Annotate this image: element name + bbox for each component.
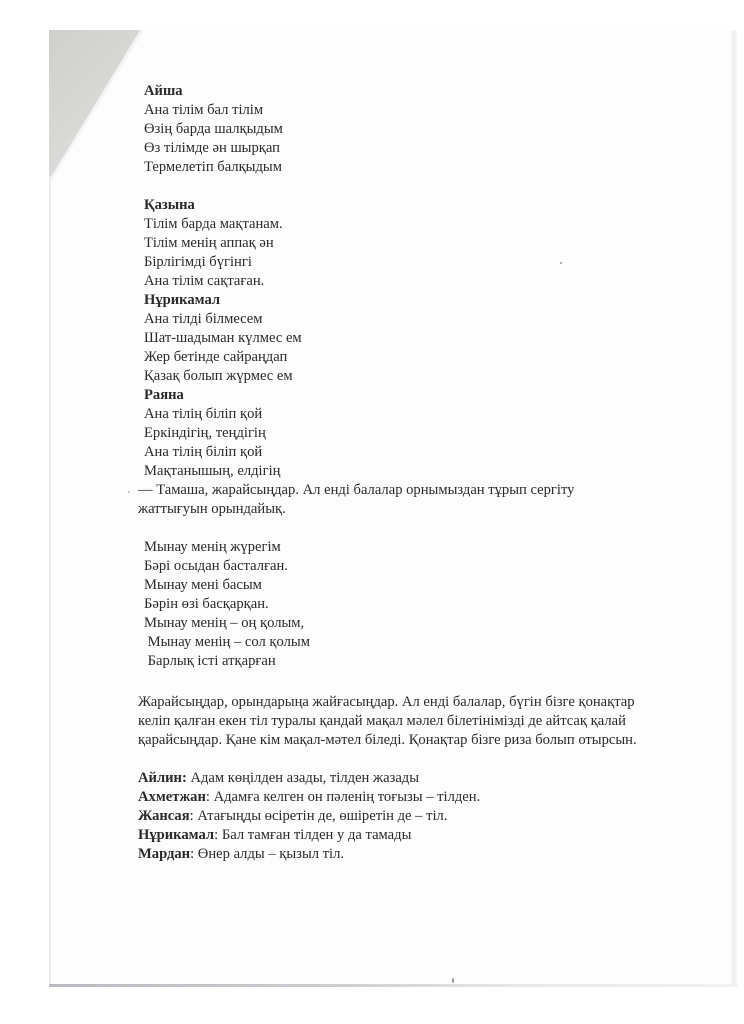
exercise-line: Мынау менің – сол қолым [144,633,704,652]
speaker-name: Айша [144,82,704,101]
poem-section: Айша Ана тілім бал тілім Өзің барда шалқ… [144,82,704,177]
page-left-edge [49,176,51,986]
exercise-line: Мынау менің жүрегім [144,538,704,557]
proverb-item: Айлин: Адам көңілден азады, тілден жазад… [138,769,704,788]
poem-line: Ана тілің біліп қой [144,443,704,462]
proverb-text: : Атағыңды өсіретін де, өшіретін де – ті… [190,808,448,824]
poem-line: Ана тілім сақтаған. [144,272,704,291]
speaker-name: Қазына [144,196,704,215]
poem-line: Өз тілімде ән шырқап [144,139,704,158]
speaker-name: Нұрикамал [144,291,704,310]
intro-paragraph: Жарайсыңдар, орындарыңа жайғасыңдар. Ал … [138,693,663,750]
proverb-text: : Бал тамған тілден у да тамады [214,827,411,843]
page-bottom-edge [49,984,737,987]
exercise-line: Барлық істі атқарған [144,652,704,671]
proverb-text: : Өнер алды – қызыл тіл. [190,846,344,862]
poem-line: Еркіндігің, теңдігің [144,424,704,443]
exercise-verse: Мынау менің жүрегім Бәрі осыдан басталға… [144,538,704,671]
poem-line: Мақтанышың, елдігің [144,462,704,481]
proverb-speaker: Ахметжан [138,789,206,805]
poem-line: Термелетіп балқыдым [144,158,704,177]
poem-line: Бірлігімді бүгінгі [144,253,704,272]
proverb-speaker: Жансая [138,808,190,824]
exercise-line: Мынау менің – оң қолым, [144,614,704,633]
poem-section: Нұрикамал Ана тілді білмесем Шат-шадыман… [144,291,704,386]
poem-line: Тілім менің аппақ ән [144,234,704,253]
poem-line: Шат-шадыман күлмес ем [144,329,704,348]
teacher-remark: — Тамаша, жарайсыңдар. Ал енді балалар о… [138,481,638,519]
poem-line: Қазақ болып жүрмес ем [144,367,704,386]
exercise-line: Бәрін өзі басқарқан. [144,595,704,614]
page-right-edge [732,30,737,986]
poem-line: Жер бетінде сайраңдап [144,348,704,367]
poem-line: Тілім барда мақтанам. [144,215,704,234]
poem-line: Ана тілді білмесем [144,310,704,329]
proverb-item: Ахметжан: Адамға келген он пәленің тоғыз… [138,788,704,807]
proverb-text: Адам көңілден азады, тілден жазады [187,770,419,786]
proverb-speaker: Мардан [138,846,190,862]
poem-line: Ана тілің біліп қой [144,405,704,424]
proverb-text: : Адамға келген он пәленің тоғызы – тілд… [206,789,480,805]
poem-line: Өзің барда шалқыдым [144,120,704,139]
speaker-name: Раяна [144,386,704,405]
proverb-item: Жансая: Атағыңды өсіретін де, өшіретін д… [138,807,704,826]
proverb-speaker: Айлин: [138,770,187,786]
exercise-line: Мынау мені басым [144,576,704,595]
proverb-speaker: Нұрикамал [138,827,214,843]
document-body: Айша Ана тілім бал тілім Өзің барда шалқ… [144,82,704,864]
exercise-line: Бәрі осыдан басталған. [144,557,704,576]
poem-section: Раяна Ана тілің біліп қой Еркіндігің, те… [144,386,704,481]
proverb-item: Нұрикамал: Бал тамған тілден у да тамады [138,826,704,845]
poem-section: Қазына Тілім барда мақтанам. Тілім менің… [144,196,704,291]
proverb-item: Мардан: Өнер алды – қызыл тіл. [138,845,704,864]
proverbs-list: Айлин: Адам көңілден азады, тілден жазад… [138,769,704,864]
poem-line: Ана тілім бал тілім [144,101,704,120]
